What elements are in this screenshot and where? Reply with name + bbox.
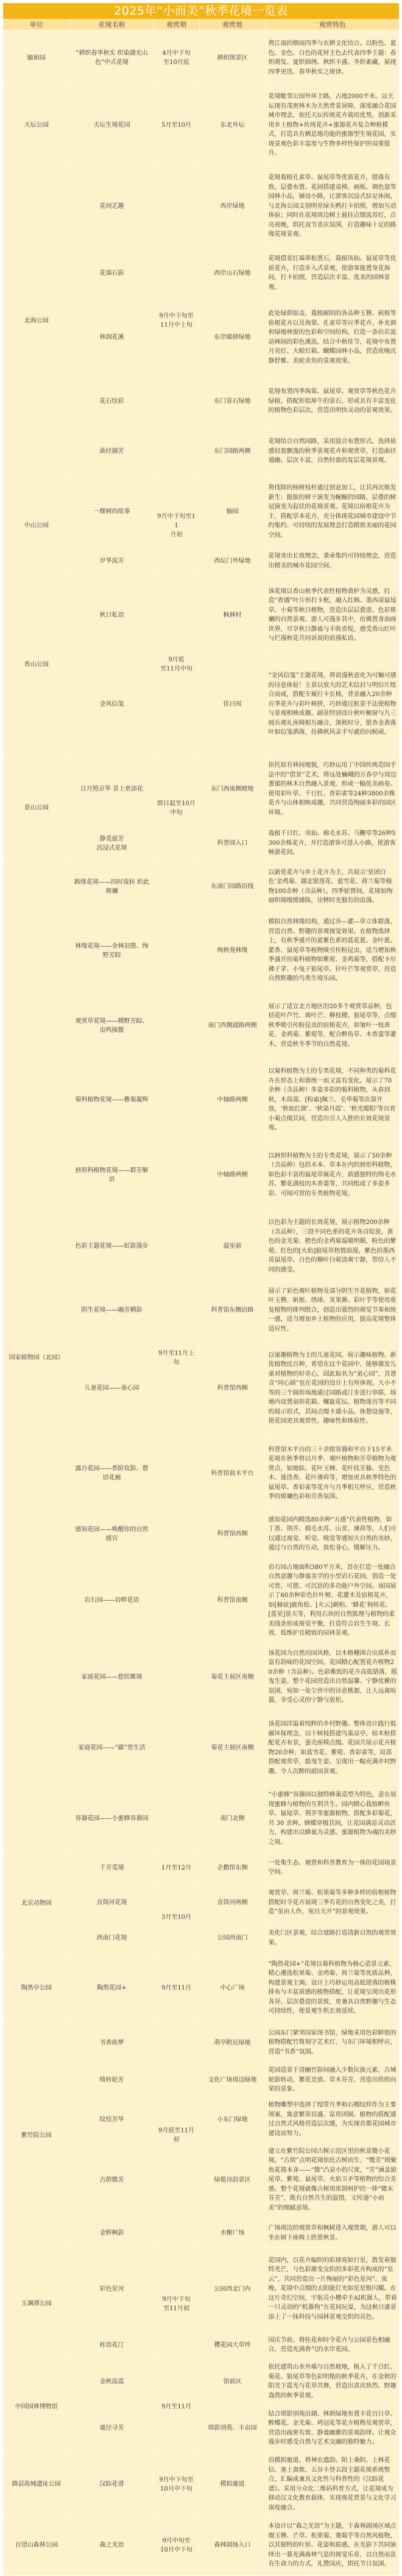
flower-border-name: 唇形科植物花境——群芳解语: [70, 1139, 153, 1211]
unit-cell: 北京动物园: [3, 1854, 70, 1953]
viewing-place: 樱花园大草坪: [199, 2330, 266, 2360]
viewing-place: 菊花主展区南侧: [199, 1712, 266, 1784]
flower-border-name: 观赏草花境——稷野芳踪、虫鸣探微: [70, 991, 153, 1061]
viewing-place: 温室前: [199, 1211, 266, 1282]
viewing-feature: 植物雕塑中选择了绶带月季和石榴纹样作为主要图案，寓意繁荣昌盛、富贵团圆。植物的搭…: [266, 2098, 399, 2141]
viewing-feature: 花境毗邻公园外环主路，占地2000平米。以天坛现有茂密林木为天然背景屏障，深度融…: [266, 86, 399, 165]
viewing-place: 中轴路两侧: [199, 1139, 266, 1211]
viewing-feature: 花境栽植孔雀草、鼠尾草等优质花卉，错落有致，层叠布置。花间搭建桌椅、画板、调色盘…: [266, 165, 399, 248]
viewing-feature: 模拟自然林缘结构，通过乔—灌—草立体群落，营造自然、野趣的景观视觉效果。在植物选…: [266, 911, 399, 991]
header-feature: 观赏特色: [266, 19, 399, 30]
header-unit: 单位: [3, 19, 70, 30]
viewing-feature: 以唇形科植物为主的专类花境，展示了50余种（含品种）包括木本、草本在内的唇形科植…: [266, 1139, 399, 1211]
table-row: 国家植物园（北园）路缘花境——四时流转 织此斑斓9月至11月上旬东南门园路沿线以…: [3, 863, 399, 911]
viewing-feature: 广场周边的观赏草和枫树进入观赏期，游人可以坐在树下座椅上欣赏秋景。: [266, 2219, 399, 2248]
viewing-period: 即日起至10月 中旬: [153, 754, 199, 863]
flower-border-name: 菊科植物花境——雅菊凝辉: [70, 1061, 153, 1139]
viewing-place: 公园西南门: [199, 1924, 266, 1953]
viewing-feature: 花境借景红墙翠松置石，栽植凤仙、鼠尾草等优质花卉，打造步入式景观，使游客能置身花…: [266, 248, 399, 299]
viewing-feature: 该花园为自然田园风格，以木格栅围合出质朴而富有韵味的花园空间。花园精心配置花卉植…: [266, 1642, 399, 1712]
flower-border-name: 感知花园——唤醒你的自然感官: [70, 1509, 153, 1559]
viewing-place: 公园西北门内: [199, 2248, 266, 2330]
viewing-feature: 展示了适宜北方地区的20多个观赏草品种，包括花叶芦竹、斑叶芒、柳枝稷、狼尾草等，…: [266, 991, 399, 1061]
flower-border-name: 露台花园——香阶玫影、憩语花廊: [70, 1438, 153, 1509]
viewing-feature: 一处集生态、观赏和科普教育为一体的花园场景空间。: [266, 1854, 399, 1882]
flower-border-name: 色彩主题花境——虹影漫步: [70, 1211, 153, 1282]
viewing-feature: 以菊科植物为主的专类花境，不同种类的菊科花卉在形态上和谐统一而又富有变化，展示了…: [266, 1061, 399, 1139]
viewing-place: 科普馆东侧沿路: [199, 1282, 266, 1339]
viewing-feature: 该花园洋溢着纯粹的乡村野趣。整体设计践行低碳环保理念，以干树枝搭建鸟巢凉亭，枯木…: [266, 1712, 399, 1784]
viewing-feature: 本设计以“森之光语”为主题，于森林剧场区域点缀玉簪、芒草、松果菊、赛菊芋等自然风…: [266, 2516, 399, 2575]
viewing-period: 9月中下旬至 11月中上旬: [153, 165, 199, 477]
flower-border-name: 桂语花汀: [70, 2330, 153, 2360]
viewing-feature: 此处绿荫如盖，栽植耐阴的各品种玉簪、矾根等宿根花卉以及海棠、孔雀草等应季花卉，补…: [266, 299, 399, 377]
flower-border-name: 林缘花境——金林羽憩、绚野芳踪: [70, 911, 153, 991]
viewing-feature: 以色彩为主题的长效花境，展示植物200余种（含品种），三段不同色系的花卉各自绽放…: [266, 1211, 399, 1282]
flower-border-name: 金秋流霞: [70, 2360, 153, 2403]
viewing-period: 9月底至11月初: [153, 2023, 199, 2248]
viewing-place: 模拟驰道: [199, 2453, 266, 2516]
header-name: 花境名称: [70, 19, 153, 30]
viewing-feature: 岩石园占地面积380平方米，旨在打造一处融合自然意趣与静谧美学的小型岩石花园，创…: [266, 1559, 399, 1642]
flower-border-name: 纹绘芳华: [70, 2098, 153, 2141]
viewing-place: 菊花主展区南侧: [199, 1642, 266, 1712]
flower-border-name: 岩石园——岩畔花语: [70, 1559, 153, 1642]
viewing-feature: 观赏草、荷兰菊、松果菊等多种多样的宿根植物搭配时令花卉展现三季有花的自然变化之美…: [266, 1882, 399, 1924]
flower-table-page: 2025年“小而美”秋季花境一览表 单位 花境名称 观赏期 观赏地 观赏特色 颐…: [3, 3, 399, 2575]
viewing-place: 中轴路两侧: [199, 1061, 266, 1139]
viewing-feature: 该花境以香山秋季代表性植物黄栌为灵感，打造“香遇”叶片形打卡框，融入红枫、墨西哥…: [266, 575, 399, 655]
viewing-feature: 栽植千日红、凤仙、棉毛水苏、马鞭草等26种5300余株花卉，并打造游客可进入小路…: [266, 825, 399, 863]
viewing-place: 西坛门外绿地: [199, 547, 266, 575]
table-row: 景山公园日月照京华 景上更添花即日起至10月 中旬东门西南侧坡地依托原有林间地貌…: [3, 754, 399, 825]
header-place: 观赏地: [199, 19, 266, 30]
flower-border-name: 陶然花园+: [70, 1953, 153, 2023]
viewing-place: 馆前区: [199, 2360, 266, 2403]
flower-border-name: “耕织春华秋实 织染湖光山色”中式花境: [70, 30, 153, 86]
unit-cell: 玉渊潭公园: [3, 2248, 70, 2360]
viewing-feature: 花境突出长效理念，秉承集约可持续理念，营造出精美的城市花园空间。: [266, 547, 399, 575]
viewing-period: 9月至11月: [153, 2360, 199, 2453]
flower-border-name: 森之光语: [70, 2516, 153, 2575]
flower-border-table: 单位 花境名称 观赏期 观赏地 观赏特色 颐和园“耕织春华秋实 织染湖光山色”中…: [3, 19, 399, 2575]
unit-cell: 国家植物园（北园）: [3, 863, 70, 1854]
viewing-place: 森林剧场入口: [199, 2516, 266, 2575]
viewing-feature: 展示了彩色观叶植物及部分阴生开花植物，如花叶玉簪、矾根、绣球、荚果蕨、彩叶芋等使…: [266, 1282, 399, 1339]
viewing-place: 水榭广场: [199, 2219, 266, 2248]
viewing-place: 直筒河两侧: [199, 1882, 266, 1924]
table-row: 紫竹院公园书香助梦9月底至11月初萌亭附近绿地公园东门紧邻国家图书馆，绿地采用色…: [3, 2023, 399, 2063]
table-row: 中山公园一棵树的故事9月中下旬至11 月初愉园将伐除的杨树枝杆通过创意加工，让其…: [3, 477, 399, 547]
viewing-period: 5月至10月: [153, 86, 199, 165]
viewing-place: 枫林村: [199, 575, 266, 655]
flower-border-name: 谧径寻芳: [70, 2403, 153, 2453]
unit-cell: 路县故城遗址公园: [3, 2453, 70, 2516]
viewing-place: 佳日园: [199, 655, 266, 754]
table-row: 路县故城遗址公园汉踪花谱9月中下旬至 10月中下旬模拟驰道沿模拟驰道，将神农遗韵…: [3, 2453, 399, 2516]
flower-border-name: 容器花园——小蜜蜂容器园: [70, 1784, 153, 1854]
unit-cell: 香山公园: [3, 575, 70, 754]
viewing-period: 9月至11月: [153, 1953, 199, 2023]
table-row: 颐和园“耕织春华秋实 织染湖光山色”中式花境4月中下旬 至10月底耕织图景区将江…: [3, 30, 399, 86]
viewing-place: 东门西南侧坡地: [199, 754, 266, 825]
viewing-period: 9月中下旬 至11月初: [153, 2248, 199, 2360]
table-row: 百望山森林公园森之光语9月中旬至 10月中下旬森林剧场入口本设计以“森之光语”为…: [3, 2516, 399, 2575]
table-body: 颐和园“耕织春华秋实 织染湖光山色”中式花境4月中下旬 至10月底耕织图景区将江…: [3, 30, 399, 2575]
flower-border-name: 路缘花境——四时流转 织此斑斓: [70, 863, 153, 911]
flower-border-name: 花间艺趣: [70, 165, 153, 248]
viewing-feature: 花园内，以花卉编织的彩球宛如行星，散发着独特光芒，与色彩渐变交织的多彩花卉构成的…: [266, 2248, 399, 2330]
flower-border-name: 林润花溪: [70, 299, 153, 377]
flower-border-name: 花石绘彩: [70, 377, 153, 427]
table-row: 天坛公园天坛生境花园5月至10月东北外坛花境毗邻公园外环主路，占地2000平米。…: [3, 86, 399, 165]
table-row: 北京动物园千芳觅境1月至12月企鹅馆东侧一处集生态、观赏和科普教育为一体的花园场…: [3, 1854, 399, 1882]
table-row: 香山公园秋日私语9月底 至11月中旬枫林村该花境以香山秋季代表性植物黄栌为灵感，…: [3, 575, 399, 655]
flower-border-name: 儿童花园——童心园: [70, 1339, 153, 1438]
viewing-feature: 公园东门紧邻国家图书馆，绿地采用色彩鲜艳的植物搭配竹简刻字艺术灯，与东门环境相呼…: [266, 2023, 399, 2063]
flower-border-name: 曲径撷芳: [70, 427, 153, 477]
viewing-place: 南门西侧道路两侧: [199, 991, 266, 1061]
viewing-feature: “陶然花园+”花境以菊科植物为核心造景元素，精心遴选松果菊、金鸡菊、荷兰菊等优质…: [266, 1953, 399, 2023]
viewing-feature: 沿模拟驰道，将神农遗韵、陌上桑阴、上林花信、塞上离歌、五谷丰登五段主题花境系统整…: [266, 2453, 399, 2516]
viewing-feature: 依托原有林间地貌，巧妙运用了中国传统造园手法中的“借景”艺术，将远处巍峨的万春亭…: [266, 754, 399, 825]
table-header-row: 单位 花境名称 观赏期 观赏地 观赏特色: [3, 19, 399, 30]
unit-cell: 百望山森林公园: [3, 2516, 70, 2575]
viewing-period: 9月中下旬至11 月初: [153, 477, 199, 575]
viewing-place: 南门北侧: [199, 1784, 266, 1854]
viewing-feature: 花园造景于清幽竹影间融入少数民族元素，古城轮影转动，繁花竞放、草木芬芳，营造出欣…: [266, 2063, 399, 2098]
unit-cell: 天坛公园: [3, 86, 70, 165]
flower-border-name: 彩色星河: [70, 2248, 153, 2330]
viewing-place: 科普馆南侧: [199, 1559, 266, 1642]
flower-border-name: 静觅庭芳 沉浸式花境: [70, 825, 153, 863]
flower-border-name: 家庭花园——悠恬雅境: [70, 1642, 153, 1712]
table-row: 中国园林博物馆金秋流霞9月至11月馆前区依托建筑山水外墙与自然坡地，植入了千日红…: [3, 2360, 399, 2403]
flower-border-name: 家庭花园——“碳”赏生活: [70, 1712, 153, 1784]
viewing-period: 9月中旬至 10月中下旬: [153, 2516, 199, 2575]
flower-border-name: 阴生花境——幽芳栖影: [70, 1282, 153, 1339]
viewing-feature: 以童趣植物为主的儿童花园，展示趣味植物、新优植物近百种，希望在这个花园中，能够激…: [266, 1339, 399, 1438]
flower-border-name: 金辉枫影: [70, 2219, 153, 2248]
viewing-feature: 科普馆木平台的三十余组容器和平台下15平米花境在秋季将以月季、观叶植物和芳草植物…: [266, 1438, 399, 1509]
viewing-place: 东南门园路沿线: [199, 863, 266, 911]
flower-border-name: 西南门花境: [70, 1924, 153, 1953]
table-row: 陶然亭公园陶然花园+9月至11月中心广场“陶然花园+”花境以菊科植物为核心造景元…: [3, 1953, 399, 2023]
viewing-place: 东北外坛: [199, 86, 266, 165]
viewing-place: 科普馆西侧: [199, 1339, 266, 1438]
unit-cell: 北海公园: [3, 165, 70, 477]
unit-cell: 中山公园: [3, 477, 70, 575]
header-period: 观赏期: [153, 19, 199, 30]
flower-border-name: 书香助梦: [70, 2023, 153, 2063]
unit-cell: 颐和园: [3, 30, 70, 86]
viewing-feature: 将江南的烟雨四季与农耕文化结合。以粉色、蓝色、金色、白色的花材主色去代表四季主题…: [266, 30, 399, 86]
page-title: 2025年“小而美”秋季花境一览表: [3, 3, 399, 19]
viewing-place: 耕织图景区: [199, 30, 266, 86]
viewing-place: 小东门绿地: [199, 2098, 266, 2141]
viewing-feature: 花境结合自然园路，采用混合布置形式，选择质感轻盈飘逸的秋季景观花卉和观赏草，打造…: [266, 427, 399, 477]
viewing-place: 东门园路两侧: [199, 427, 266, 477]
viewing-place: 东岸邮驿绿地: [199, 299, 266, 377]
viewing-place: 绿毯诗韵景区: [199, 2141, 266, 2219]
flower-border-name: 花墙石影: [70, 248, 153, 299]
viewing-period: 9月底 至11月中旬: [153, 575, 199, 754]
viewing-period: 9月至11月上旬: [153, 863, 199, 1854]
viewing-period: 9月中下旬至 10月中下旬: [153, 2453, 199, 2516]
table-row: 北海公园花间艺趣9月中下旬至 11月中上旬西岸绿地花境栽植孔雀草、鼠尾草等优质花…: [3, 165, 399, 248]
flower-border-name: 绮转轮芳: [70, 2063, 153, 2098]
viewing-feature: “金风信笺”主题花境，将浪漫秋意化为可触可感的诗意体验！主景以放大的艺术信封与明…: [266, 655, 399, 754]
viewing-place: 文化广场周边绿地: [199, 2063, 266, 2098]
viewing-period: 1月至12月: [153, 1854, 199, 1882]
viewing-place: 绚秋苑林缘: [199, 911, 266, 991]
viewing-place: 西岸绿地: [199, 165, 266, 248]
viewing-feature: 结合塔影别苑沿湖、林荫绿地布置丰花百日草、醉蝶花、金光菊、鸡冠花等花卉植物及观赏…: [266, 2403, 399, 2453]
viewing-place: 西岸山石绿地: [199, 248, 266, 299]
viewing-period: 3月至10月: [153, 1882, 199, 1953]
viewing-feature: 依托建筑山水外墙与自然坡地，植入了千日红、菊花、狼尾草等色彩明艳的秋季花卉，在金…: [266, 2360, 399, 2403]
viewing-feature: 将伐除的杨树枝杆通过创意加工，让其再次焕发新生：挺拔的树干演变为蜿蜒的园路，层叠…: [266, 477, 399, 547]
unit-cell: 中国园林博物馆: [3, 2360, 70, 2453]
viewing-feature: 建立在紫竹院公园古树示范区里的秋景微小花境。“古荫”点明花境依托古树而生，“微芳…: [266, 2141, 399, 2219]
viewing-place: 东门景石绿地: [199, 377, 266, 427]
viewing-place: 塔影别苑、丰亩园: [199, 2403, 266, 2453]
flower-border-name: 一棵树的故事: [70, 477, 153, 547]
viewing-feature: 美化门区景观，结合道路打造清新自然的观赏效果。: [266, 1924, 399, 1953]
viewing-feature: 感知花园内精选80余种“五感”代表性植物，如丁香、荆芥、棉毛水苏、山韭、薄荷等，…: [266, 1509, 399, 1559]
flower-border-name: 天坛生境花园: [70, 86, 153, 165]
unit-cell: 陶然亭公园: [3, 1953, 70, 2023]
viewing-place: 愉园: [199, 477, 266, 547]
flower-border-name: 秋日私语: [70, 575, 153, 655]
table-row: 玉渊潭公园彩色星河9月中下旬 至11月初公园西北门内花园内，以花卉编织的彩球宛如…: [3, 2248, 399, 2330]
flower-border-name: 金风信笺: [70, 655, 153, 754]
unit-cell: 景山公园: [3, 754, 70, 863]
viewing-place: 科普园入口: [199, 825, 266, 863]
viewing-period: 4月中下旬 至10月底: [153, 30, 199, 86]
flower-border-name: 直筒河花境: [70, 1882, 153, 1924]
unit-cell: 紫竹院公园: [3, 2023, 70, 2248]
flower-border-name: 日月照京华 景上更添花: [70, 754, 153, 825]
flower-border-name: 汉踪花谱: [70, 2453, 153, 2516]
viewing-feature: 国庆节前，将桂花和时令花卉与公园景色相融合，营造充满香气的水岸花园。: [266, 2330, 399, 2360]
viewing-feature: 以新优花卉与乡土花卉为主，共展示‘星团白色’金鸡菊、湖北银莲花、蓝雪花、荷兰菊等…: [266, 863, 399, 911]
flower-border-name: 千芳觅境: [70, 1854, 153, 1882]
viewing-feature: 花境布置四季海棠、鼠尾草、观赏草等秋色花卉绿植，搭配形似犀牛的景石，形成具有丰富…: [266, 377, 399, 427]
viewing-place: 科普馆西侧: [199, 1509, 266, 1559]
viewing-place: 企鹅馆东侧: [199, 1854, 266, 1882]
flower-border-name: 岁华流芳: [70, 547, 153, 575]
viewing-feature: “小蜜蜂”容器园以独特蜂巢造型为特色，意在展现蜜蜂与植物的互利共生。园内精心栽植…: [266, 1784, 399, 1854]
viewing-place: 科普馆前木平台: [199, 1438, 266, 1509]
viewing-place: 中心广场: [199, 1953, 266, 2023]
viewing-place: 萌亭附近绿地: [199, 2023, 266, 2063]
flower-border-name: 古荫微芳: [70, 2141, 153, 2219]
